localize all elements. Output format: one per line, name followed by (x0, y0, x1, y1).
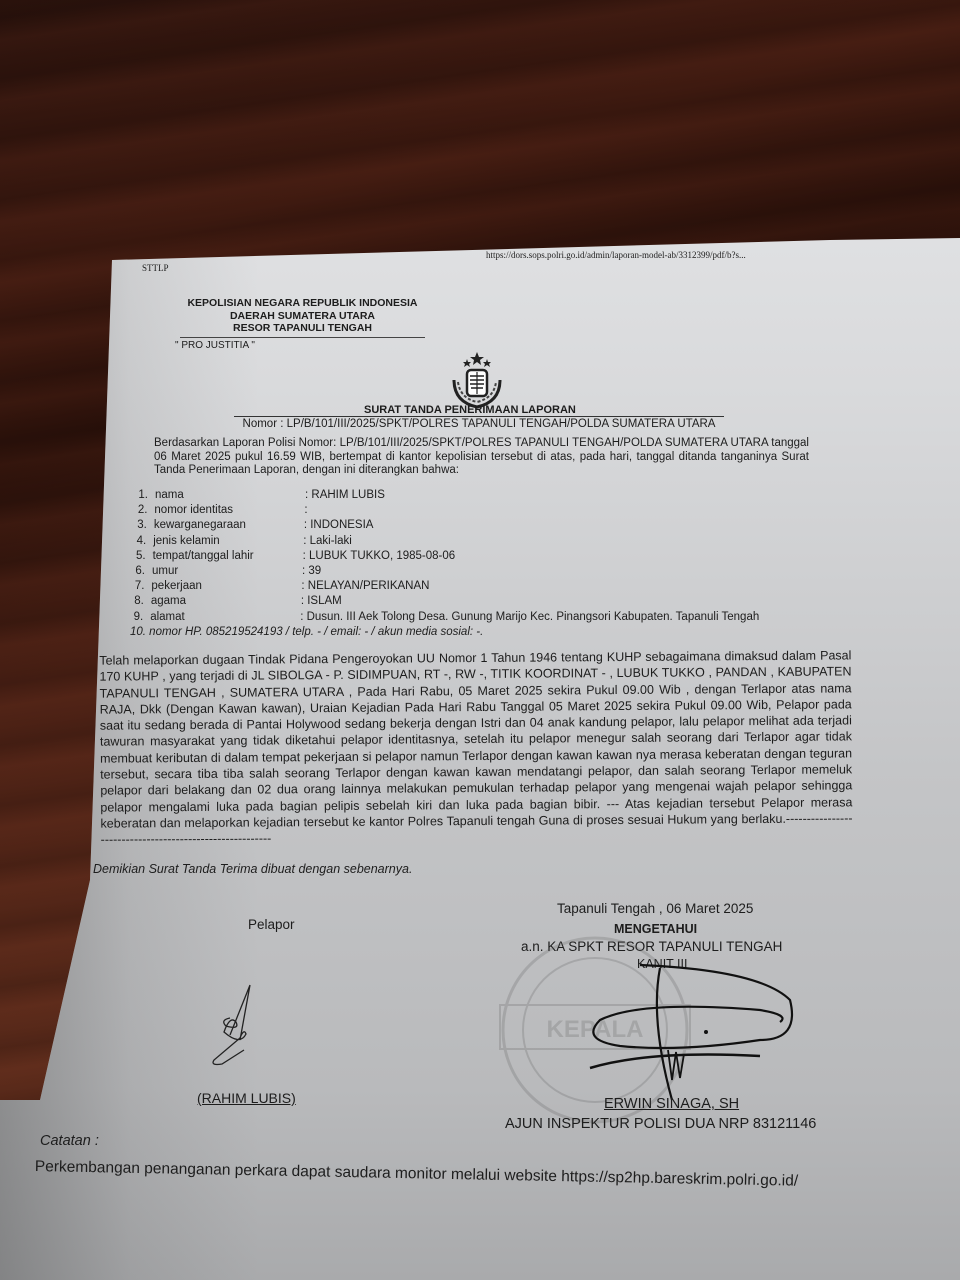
agency-header: KEPOLISIAN NEGARA REPUBLIK INDONESIA DAE… (180, 297, 425, 338)
closing-statement: Demikian Surat Tanda Terima dibuat denga… (93, 862, 412, 876)
identity-fields: 1.nama: RAHIM LUBIS2.nomor identitas:3.k… (126, 489, 764, 626)
officer-name: ERWIN SINAGA, SH (604, 1096, 739, 1112)
reporter-label: Pelapor (248, 917, 295, 932)
form-code: STTLP (142, 263, 169, 273)
field-value: : RAHIM LUBIS (305, 489, 385, 501)
field-number: 2. (125, 504, 147, 516)
note-text: Perkembangan penanganan perkara dapat sa… (35, 1158, 799, 1191)
reporter-name: (RAHIM LUBIS) (197, 1090, 296, 1106)
place-date: Tapanuli Tengah , 06 Maret 2025 (557, 901, 753, 916)
document-number: Nomor : LP/B/101/III/2025/SPKT/POLRES TA… (234, 416, 724, 430)
field-value: : INDONESIA (304, 519, 374, 531)
police-emblem-icon (440, 350, 514, 410)
field-row: 7.pekerjaan: NELAYAN/PERIKANAN (122, 580, 760, 595)
field-value: : 39 (302, 565, 321, 577)
officer-rank: AJUN INSPEKTUR POLISI DUA NRP 83121146 (505, 1116, 816, 1132)
pro-justitia: " PRO JUSTITIA " (175, 340, 255, 351)
contact-line: 10. nomor HP. 085219524193 / telp. - / e… (130, 626, 483, 638)
field-label: pekerjaan (151, 580, 301, 592)
field-row: 8.agama: ISLAM (122, 595, 760, 610)
intro-paragraph: Berdasarkan Laporan Polisi Nomor: LP/B/1… (154, 437, 809, 478)
incident-narrative: Telah melaporkan dugaan Tindak Pidana Pe… (99, 647, 852, 848)
field-number: 7. (122, 580, 144, 592)
agency-line-2: DAERAH SUMATERA UTARA (180, 310, 425, 323)
field-row: 3.kewarganegaraan: INDONESIA (125, 519, 763, 534)
field-row: 1.nama: RAHIM LUBIS (126, 489, 764, 504)
document-title: SURAT TANDA PENERIMAAN LAPORAN (364, 404, 576, 416)
field-label: nomor identitas (154, 504, 304, 516)
agency-line-3: RESOR TAPANULI TENGAH (180, 322, 425, 335)
field-label: agama (151, 595, 301, 607)
field-label: alamat (150, 611, 300, 623)
source-url: https://dors.sops.polri.go.id/admin/lapo… (486, 250, 746, 260)
field-row: 2.nomor identitas: (125, 504, 763, 519)
field-row: 5.tempat/tanggal lahir: LUBUK TUKKO, 198… (124, 550, 762, 565)
field-number: 4. (124, 535, 146, 547)
field-row: 6.umur: 39 (123, 565, 761, 580)
field-label: nama (155, 489, 305, 501)
field-number: 9. (121, 611, 143, 623)
field-value: : NELAYAN/PERIKANAN (301, 580, 429, 592)
note-label: Catatan : (40, 1133, 99, 1149)
field-number: 5. (124, 550, 146, 562)
agency-line-1: KEPOLISIAN NEGARA REPUBLIK INDONESIA (180, 297, 425, 310)
field-value: : Dusun. III Aek Tolong Desa. Gunung Mar… (300, 611, 759, 623)
acknowledged-label: MENGETAHUI (614, 922, 697, 936)
police-report-receipt: STTLP https://dors.sops.polri.go.id/admi… (0, 0, 960, 1280)
field-number: 3. (125, 519, 147, 531)
field-value: : ISLAM (301, 595, 342, 607)
field-row: 9.alamat: Dusun. III Aek Tolong Desa. Gu… (121, 611, 759, 626)
reporter-signature-icon (200, 980, 280, 1070)
field-label: kewarganegaraan (154, 519, 304, 531)
field-value: : (304, 504, 307, 516)
field-number: 8. (122, 595, 144, 607)
field-label: jenis kelamin (153, 535, 303, 547)
field-row: 4.jenis kelamin: Laki-laki (124, 535, 762, 550)
field-label: tempat/tanggal lahir (153, 550, 303, 562)
field-number: 1. (126, 489, 148, 501)
field-value: : LUBUK TUKKO, 1985-08-06 (303, 550, 456, 562)
field-number: 6. (123, 565, 145, 577)
field-label: umur (152, 565, 302, 577)
field-value: : Laki-laki (303, 535, 352, 547)
officer-signature-icon (560, 960, 820, 1100)
